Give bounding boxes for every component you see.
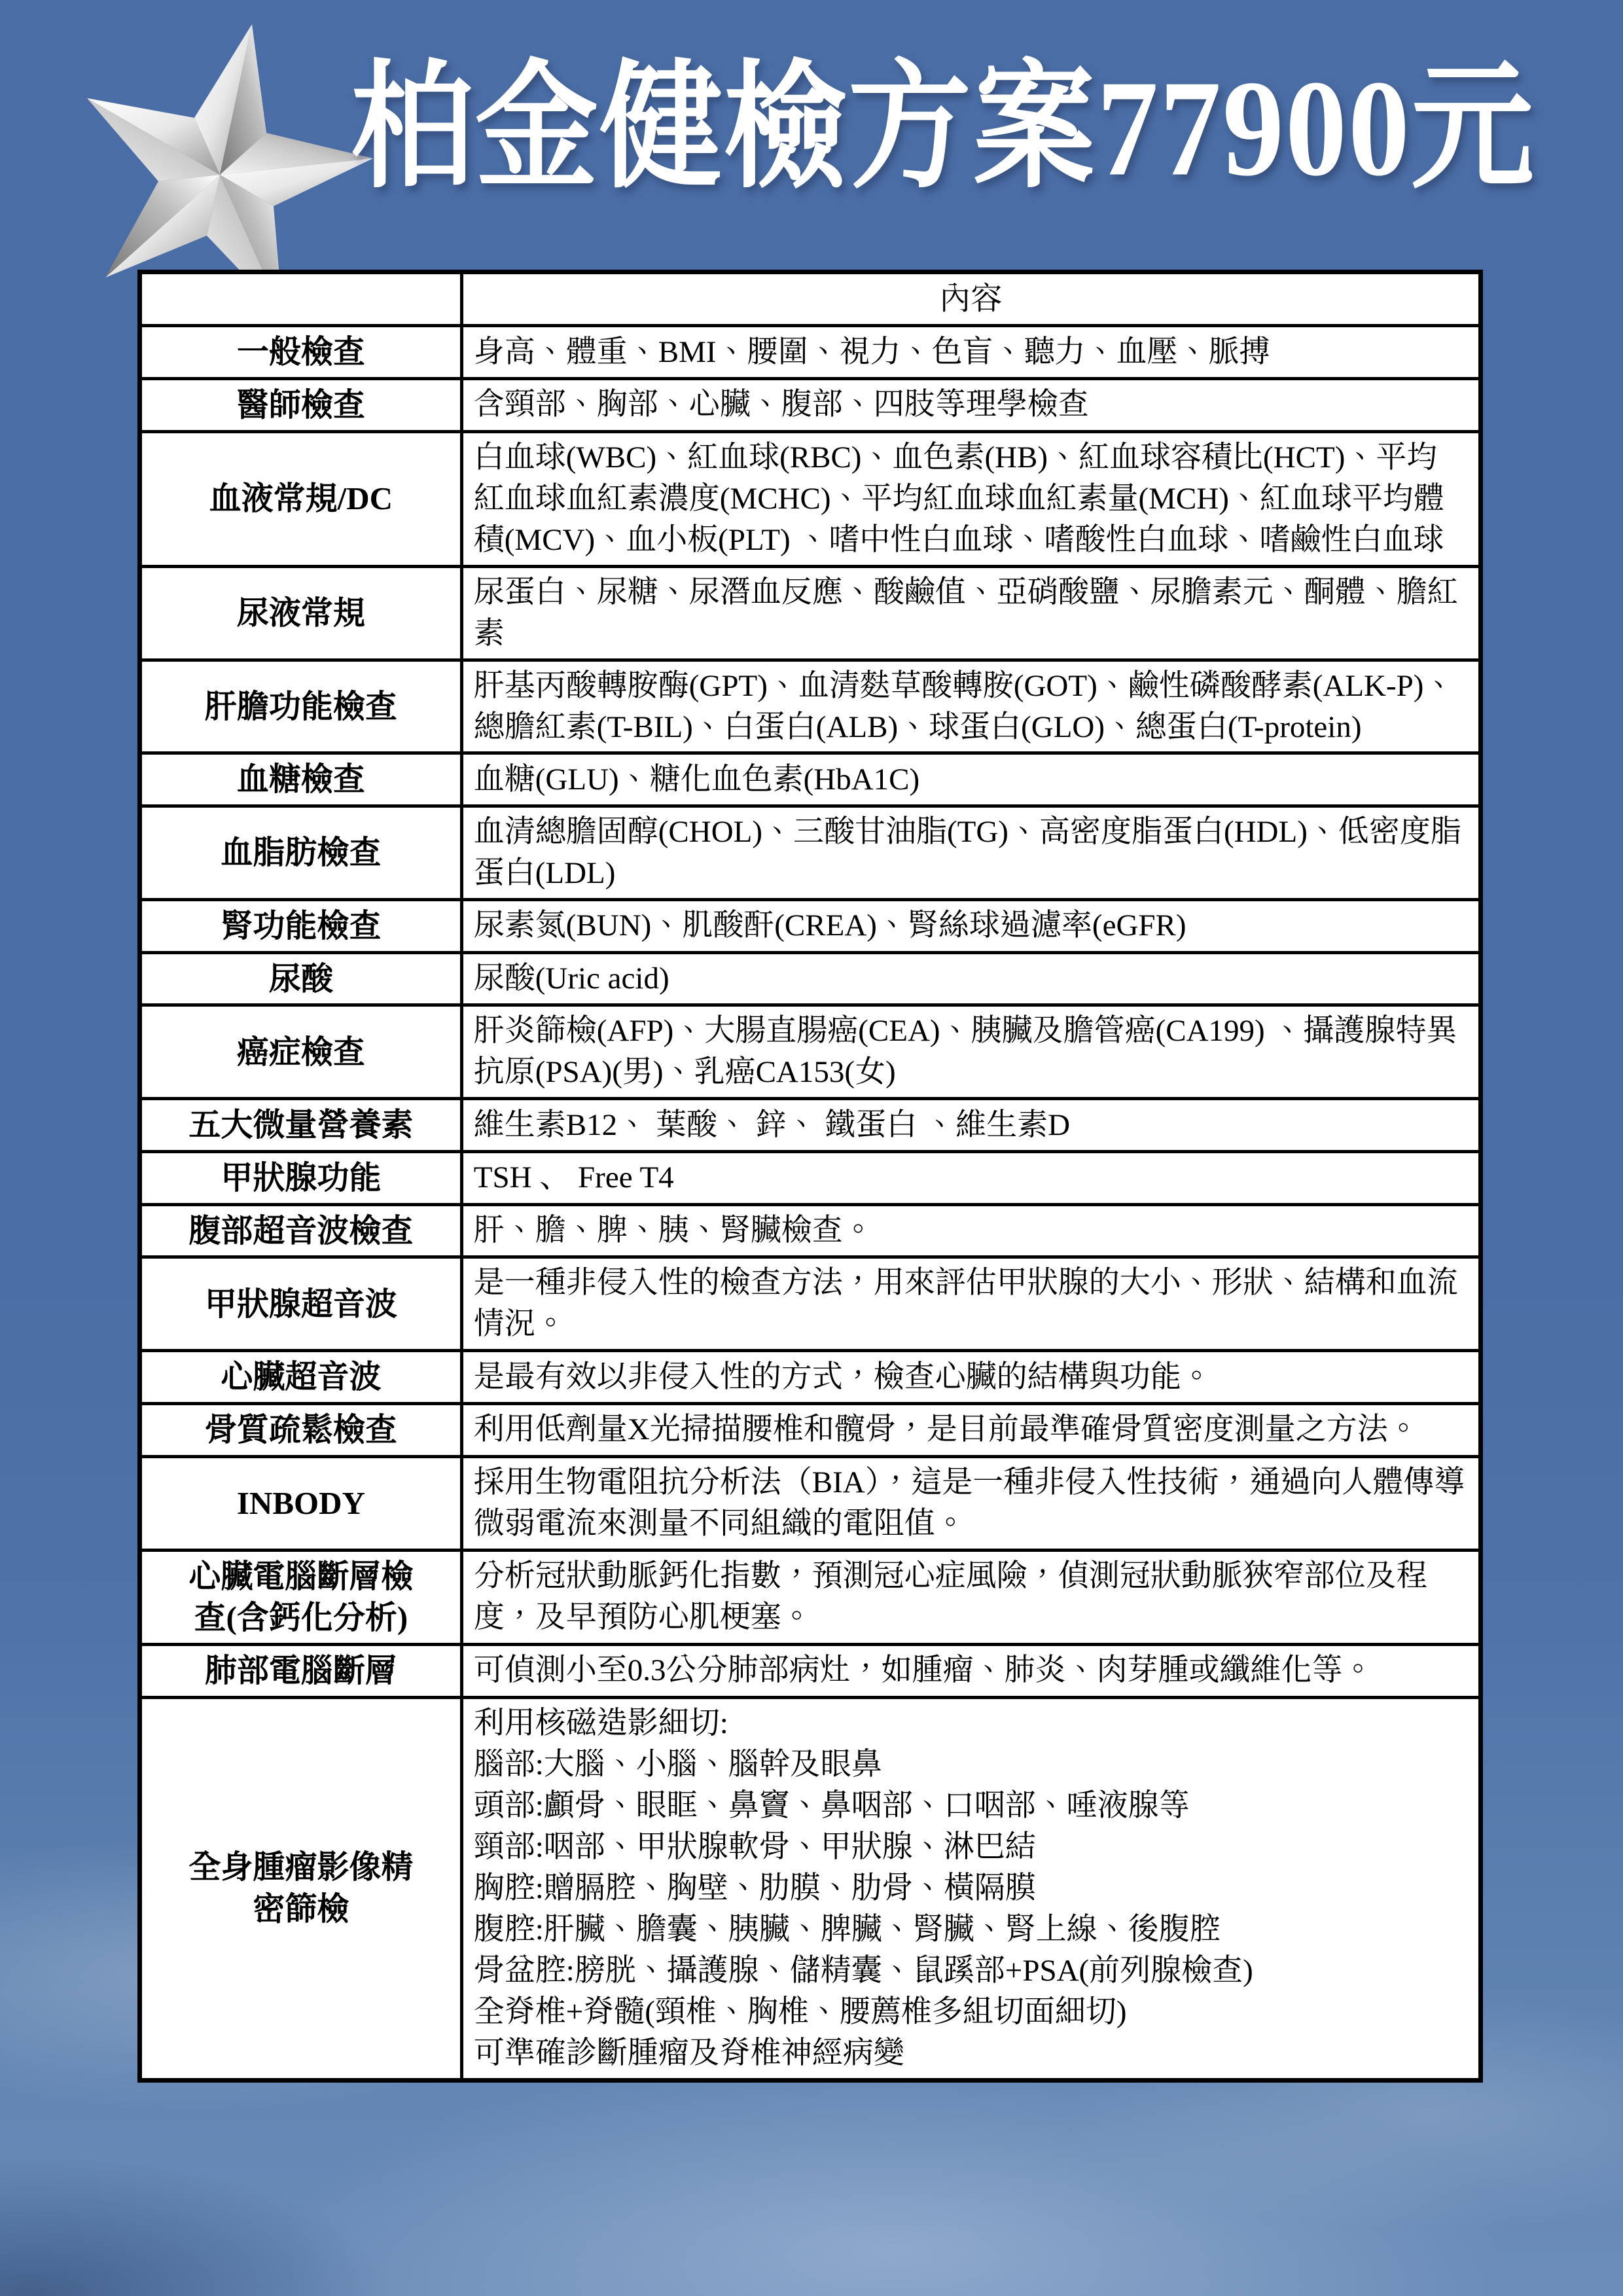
row-content: 尿蛋白、尿糖、尿潛血反應、酸鹼值、亞硝酸鹽、尿膽素元、酮體、膽紅素 (461, 566, 1480, 660)
header-category-cell (140, 272, 462, 326)
table-row: 一般檢查身高、體重、BMI、腰圍、視力、色盲、聽力、血壓、脈搏 (140, 326, 1481, 379)
row-label: 肺部電腦斷層 (140, 1645, 462, 1698)
table-row: 癌症檢查肝炎篩檢(AFP)、大腸直腸癌(CEA)、胰臟及膽管癌(CA199) 、… (140, 1005, 1481, 1099)
table-row: 尿液常規尿蛋白、尿糖、尿潛血反應、酸鹼值、亞硝酸鹽、尿膽素元、酮體、膽紅素 (140, 566, 1481, 660)
table-row: 五大微量營養素維生素B12、 葉酸、 鋅、 鐵蛋白 、維生素D (140, 1099, 1481, 1152)
row-content: 肝炎篩檢(AFP)、大腸直腸癌(CEA)、胰臟及膽管癌(CA199) 、攝護腺特… (461, 1005, 1480, 1099)
row-label: 一般檢查 (140, 326, 462, 379)
table-row: 尿酸尿酸(Uric acid) (140, 952, 1481, 1005)
row-content: 肝基丙酸轉胺酶(GPT)、血清麩草酸轉胺(GOT)、鹼性磷酸酵素(ALK-P)、… (461, 660, 1480, 753)
row-label: 醫師檢查 (140, 379, 462, 432)
row-label: 五大微量營養素 (140, 1099, 462, 1152)
row-label: 甲狀腺功能 (140, 1152, 462, 1205)
row-content: 利用低劑量X光掃描腰椎和髖骨，是目前最準確骨質密度測量之方法。 (461, 1404, 1480, 1457)
row-content: 含頸部、胸部、心臟、腹部、四肢等理學檢查 (461, 379, 1480, 432)
row-content: 血糖(GLU)、糖化血色素(HbA1C) (461, 753, 1480, 806)
row-label: 腎功能檢查 (140, 900, 462, 953)
table-row: 甲狀腺超音波是一種非侵入性的檢查方法，用來評估甲狀腺的大小、形狀、結構和血流情況… (140, 1257, 1481, 1351)
row-content: 維生素B12、 葉酸、 鋅、 鐵蛋白 、維生素D (461, 1099, 1480, 1152)
row-label: 尿酸 (140, 952, 462, 1005)
table-row: INBODY採用生物電阻抗分析法（BIA），這是一種非侵入性技術，通過向人體傳導… (140, 1456, 1481, 1550)
row-label: 全身腫瘤影像精 密篩檢 (140, 1697, 462, 2080)
table-row: 血糖檢查血糖(GLU)、糖化血色素(HbA1C) (140, 753, 1481, 806)
row-content: 可偵測小至0.3公分肺部病灶，如腫瘤、肺炎、肉芽腫或纖維化等。 (461, 1645, 1480, 1698)
table-row: 血液常規/DC白血球(WBC)、紅血球(RBC)、血色素(HB)、紅血球容積比(… (140, 431, 1481, 566)
table-row: 心臟超音波是最有效以非侵入性的方式，檢查心臟的結構與功能。 (140, 1351, 1481, 1404)
row-content: 身高、體重、BMI、腰圍、視力、色盲、聽力、血壓、脈搏 (461, 326, 1480, 379)
table-row: 心臟電腦斷層檢 查(含鈣化分析)分析冠狀動脈鈣化指數，預測冠心症風險，偵測冠狀動… (140, 1550, 1481, 1644)
table-row: 腎功能檢查尿素氮(BUN)、肌酸酐(CREA)、腎絲球過濾率(eGFR) (140, 900, 1481, 953)
page-title: 柏金健檢方案77900元 (351, 18, 1575, 238)
table-row: 腹部超音波檢查肝、膽、脾、胰、腎臟檢查。 (140, 1204, 1481, 1257)
row-label: 心臟電腦斷層檢 查(含鈣化分析) (140, 1550, 462, 1644)
row-content: 肝、膽、脾、胰、腎臟檢查。 (461, 1204, 1480, 1257)
poster-header: 柏金健檢方案77900元 (0, 0, 1623, 275)
row-label: 骨質疏鬆檢查 (140, 1404, 462, 1457)
row-label: 肝膽功能檢查 (140, 660, 462, 753)
table-row: 甲狀腺功能TSH 、 Free T4 (140, 1152, 1481, 1205)
checkup-table: 內容 一般檢查身高、體重、BMI、腰圍、視力、色盲、聽力、血壓、脈搏醫師檢查含頸… (137, 270, 1483, 2083)
row-content: 是一種非侵入性的檢查方法，用來評估甲狀腺的大小、形狀、結構和血流情況。 (461, 1257, 1480, 1351)
page: { "colors": { "background": "#4a6da5", "… (0, 0, 1623, 2296)
table-row: 骨質疏鬆檢查利用低劑量X光掃描腰椎和髖骨，是目前最準確骨質密度測量之方法。 (140, 1404, 1481, 1457)
row-label: 癌症檢查 (140, 1005, 462, 1099)
row-label: 血糖檢查 (140, 753, 462, 806)
row-label: 尿液常規 (140, 566, 462, 660)
row-content: 利用核磁造影細切: 腦部:大腦、小腦、腦幹及眼鼻 頭部:顱骨、眼眶、鼻竇、鼻咽部… (461, 1697, 1480, 2080)
table-row: 肺部電腦斷層可偵測小至0.3公分肺部病灶，如腫瘤、肺炎、肉芽腫或纖維化等。 (140, 1645, 1481, 1698)
table-row: 醫師檢查含頸部、胸部、心臟、腹部、四肢等理學檢查 (140, 379, 1481, 432)
header-content-cell: 內容 (461, 272, 1480, 326)
row-content: TSH 、 Free T4 (461, 1152, 1480, 1205)
table-row: 肝膽功能檢查肝基丙酸轉胺酶(GPT)、血清麩草酸轉胺(GOT)、鹼性磷酸酵素(A… (140, 660, 1481, 753)
row-content: 是最有效以非侵入性的方式，檢查心臟的結構與功能。 (461, 1351, 1480, 1404)
table-body: 內容 一般檢查身高、體重、BMI、腰圍、視力、色盲、聽力、血壓、脈搏醫師檢查含頸… (140, 272, 1481, 2081)
row-label: 甲狀腺超音波 (140, 1257, 462, 1351)
row-content: 分析冠狀動脈鈣化指數，預測冠心症風險，偵測冠狀動脈狹窄部位及程度，及早預防心肌梗… (461, 1550, 1480, 1644)
row-content: 採用生物電阻抗分析法（BIA），這是一種非侵入性技術，通過向人體傳導微弱電流來測… (461, 1456, 1480, 1550)
row-content: 尿酸(Uric acid) (461, 952, 1480, 1005)
row-label: 心臟超音波 (140, 1351, 462, 1404)
row-label: INBODY (140, 1456, 462, 1550)
row-label: 血脂肪檢查 (140, 806, 462, 900)
row-content: 血清總膽固醇(CHOL)、三酸甘油脂(TG)、高密度脂蛋白(HDL)、低密度脂蛋… (461, 806, 1480, 900)
table-row: 全身腫瘤影像精 密篩檢利用核磁造影細切: 腦部:大腦、小腦、腦幹及眼鼻 頭部:顱… (140, 1697, 1481, 2080)
row-label: 腹部超音波檢查 (140, 1204, 462, 1257)
table-row: 血脂肪檢查血清總膽固醇(CHOL)、三酸甘油脂(TG)、高密度脂蛋白(HDL)、… (140, 806, 1481, 900)
row-content: 尿素氮(BUN)、肌酸酐(CREA)、腎絲球過濾率(eGFR) (461, 900, 1480, 953)
row-label: 血液常規/DC (140, 431, 462, 566)
row-content: 白血球(WBC)、紅血球(RBC)、血色素(HB)、紅血球容積比(HCT)、平均… (461, 431, 1480, 566)
table-header-row: 內容 (140, 272, 1481, 326)
